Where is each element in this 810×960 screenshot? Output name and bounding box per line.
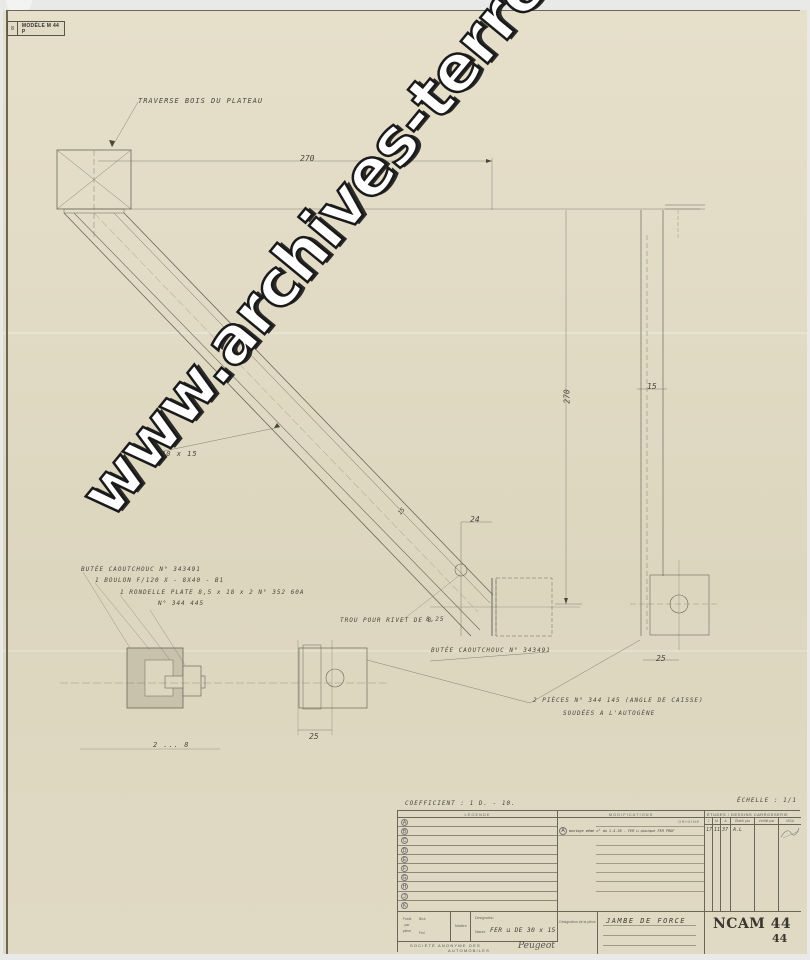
modifications-header: MODIFICATIONS — [558, 811, 704, 818]
legend-mark: H — [401, 883, 408, 890]
nature-label: Nature — [475, 930, 486, 934]
note-profile: ⊔ DE 30 x 15 — [135, 450, 198, 458]
note-trou: TROU POUR RIVET DE 8 — [340, 617, 432, 624]
origine-label: ORIGINE — [678, 820, 700, 824]
ref-label: Désignation de la pièce — [558, 912, 598, 954]
brut-label: Brut — [419, 917, 425, 921]
modifications-column: MODIFICATIONS ORIGINE A montage même n° … — [558, 811, 705, 911]
note-boulon: 1 BOULON F/120 X - 8X40 - B1 — [95, 577, 224, 584]
legend-mark: K — [401, 902, 408, 909]
peugeot-logo: Peugeot — [518, 941, 555, 951]
legend-mark: F — [401, 865, 408, 872]
legend-column: LÉGENDE A B C D E F G H J K — [398, 811, 558, 911]
drawing-number: NCAM 44 — [713, 916, 791, 932]
note-butee-2: BUTÉE CAOUTCHOUC N° 343491 — [431, 647, 551, 654]
col-day: J — [705, 818, 713, 824]
note-pieces-2: SOUDÉES A L'AUTOGÈNE — [563, 710, 655, 717]
drawing-suffix: 44 — [772, 932, 787, 945]
company-line-2: AUTOMOBILES — [448, 948, 490, 953]
title-block-bottom: Poids par pièce Brut Fini Matière Désign… — [398, 911, 801, 953]
col-month: M — [713, 818, 721, 824]
poids-label: Poids par pièce — [401, 916, 413, 934]
title-block: LÉGENDE A B C D E F G H J K MODIFICATION… — [397, 810, 800, 952]
col-etabli: Établi par — [731, 818, 755, 824]
dim-25-right: 25 — [656, 654, 666, 663]
note-bottom-dim: 2 ... 8 — [153, 741, 190, 749]
drawing-number-cell: NCAM 44 44 — [705, 912, 801, 954]
col-visa: VISA — [779, 818, 801, 824]
dim-25-left: 25 — [309, 732, 319, 741]
legend-mark: B — [401, 828, 408, 835]
origine-year: 37 — [722, 827, 733, 833]
dim-24: 24 — [470, 515, 480, 524]
note-rondelle-ref: N° 344 445 — [158, 600, 204, 607]
note-trou-dim: 8,25 — [426, 616, 444, 623]
designation-label: Désignation — [475, 916, 493, 920]
legend-mark: D — [401, 847, 408, 854]
origine-month: 11 — [714, 827, 722, 833]
drawing-title: JAMBE DE FORCE — [606, 917, 686, 925]
modification-mark: A — [559, 827, 567, 835]
modification-text: montage même n° du 1-4-38 - FER ⊔ quoiqu… — [569, 829, 674, 833]
legend-mark: G — [401, 874, 408, 881]
weight-material-cell: Poids par pièce Brut Fini Matière Désign… — [398, 912, 558, 942]
visa-signature — [779, 825, 801, 839]
studies-column: ÉTUDES / DESSINS CARROSSERIE J M A Établ… — [705, 811, 801, 911]
title-cell: JAMBE DE FORCE — [598, 912, 705, 954]
col-verifie: Vérifié par — [755, 818, 779, 824]
legend-mark: C — [401, 837, 408, 844]
coefficient: COEFFICIENT : 1 D. - 10. — [405, 800, 516, 807]
note-rondelle: 1 RONDELLE PLATE 8,5 x 18 x 2 N° 352 60A — [120, 589, 305, 596]
note-traverse: TRAVERSE BOIS DU PLATEAU — [138, 97, 263, 105]
fini-label: Fini — [419, 931, 425, 935]
col-year: A — [721, 818, 731, 824]
origine-day: 17 — [706, 827, 714, 833]
dim-horizontal-270: 270 — [300, 154, 314, 163]
legend-mark: E — [401, 856, 408, 863]
studies-subheader: J M A Établi par Vérifié par VISA — [705, 818, 801, 825]
nature-value: FER ⊔ DE 30 x 15 — [490, 927, 556, 934]
company-cell: SOCIÉTÉ ANONYME DES AUTOMOBILES Peugeot — [398, 942, 558, 954]
scale: ÉCHELLE : 1/1 — [737, 797, 797, 804]
note-butee-1: BUTÉE CAOUTCHOUC N° 343491 — [81, 566, 201, 573]
dim-15: 15 — [647, 382, 657, 391]
studies-header: ÉTUDES / DESSINS CARROSSERIE — [705, 811, 801, 818]
legend-mark: A — [401, 819, 408, 826]
etabli-par: A.L — [733, 827, 757, 833]
legend-header: LÉGENDE — [398, 811, 557, 818]
dim-vertical-270: 270 — [563, 389, 572, 403]
legend-mark: J — [401, 893, 408, 900]
matiere-label: Matière — [455, 924, 467, 928]
note-pieces-1: 2 PIÈCES N° 344 145 (ANGLE DE CAISSE) — [533, 697, 704, 704]
